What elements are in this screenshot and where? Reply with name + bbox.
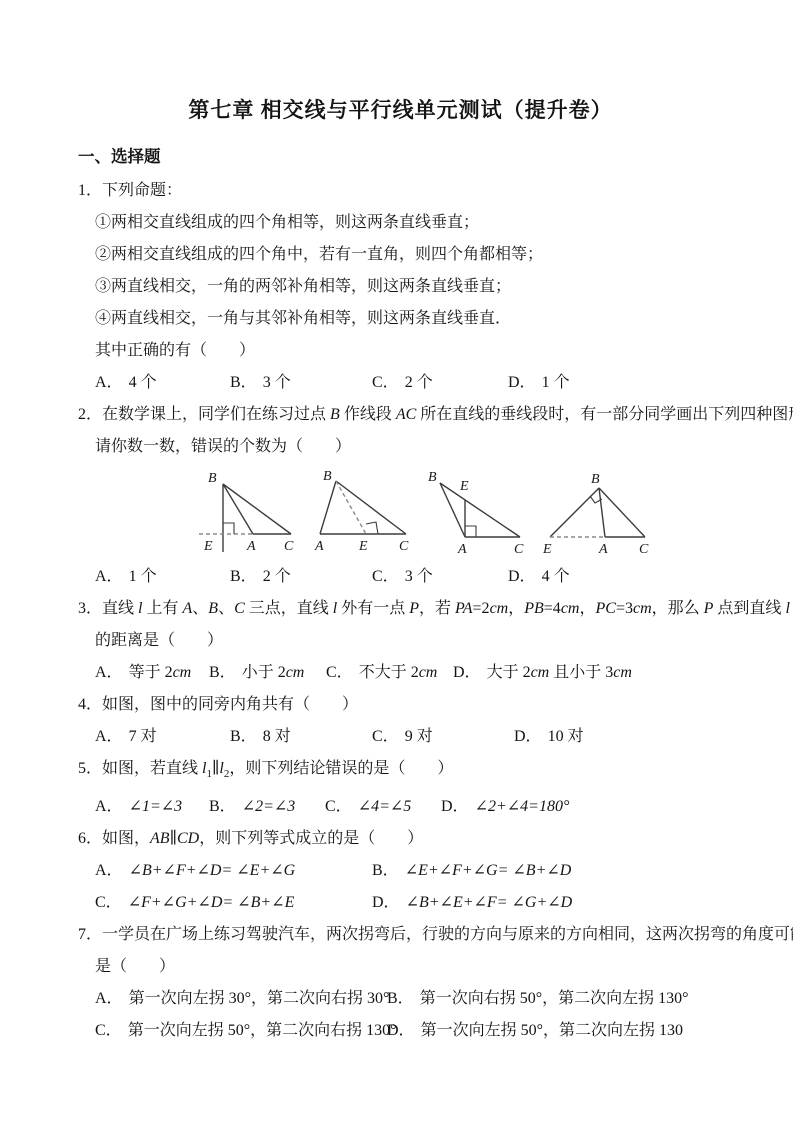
segment-BA: [223, 484, 253, 534]
option-b: B．∠E+∠F+∠G= ∠B+∠D: [372, 860, 571, 881]
point-label-E: E: [203, 539, 213, 554]
question-stem-text: 在数学课上，同学们在练习过点 B 作线段 AC 所在直线的垂线段时，有一部分同学…: [102, 404, 793, 425]
option-c: C．不大于 2cm: [326, 662, 453, 683]
page-title: 第七章 相交线与平行线单元测试（提升卷）: [78, 96, 723, 124]
question-3-stem-line2: 的距离是（ ）: [95, 630, 723, 651]
option-b: B．∠2=∠3: [209, 796, 325, 817]
option-a: A．∠B+∠F+∠D= ∠E+∠G: [95, 860, 372, 881]
question-2-figures: B E A C B A E C: [196, 468, 723, 556]
question-1: 1． 下列命题： ①两相交直线组成的四个角相等，则这两条直线垂直； ②两相交直线…: [78, 180, 723, 393]
section-heading: 一、选择题: [78, 146, 723, 167]
point-label-C: C: [514, 542, 524, 556]
question-2-options: A．1 个 B．2 个 C．3 个 D．4 个: [95, 566, 723, 587]
point-label-C: C: [284, 539, 294, 554]
question-7-options-row1: A．第一次向左拐 30°，第二次向右拐 30° B．第一次向右拐 50°，第二次…: [95, 988, 723, 1009]
option-d: D．1 个: [508, 372, 570, 393]
question-2-stem-line2: 请你数一数，错误的个数为（ ）: [95, 436, 723, 457]
option-c: C．第一次向左拐 50°，第二次向右拐 130°: [95, 1020, 387, 1041]
point-label-C: C: [399, 539, 409, 554]
point-label-B: B: [428, 470, 437, 485]
option-b: B．3 个: [230, 372, 372, 393]
point-label-B: B: [208, 471, 217, 486]
option-b: B．8 对: [230, 726, 372, 747]
point-label-E: E: [542, 542, 552, 556]
segment-EB: [550, 488, 599, 537]
question-stem-text: 如图，图中的同旁内角共有（ ）: [102, 694, 358, 715]
question-stem-text: 如图，若直线 l1∥l2，则下列结论错误的是（ ）: [102, 758, 453, 785]
option-c: C．2 个: [372, 372, 508, 393]
question-7-options-row2: C．第一次向左拐 50°，第二次向右拐 130° D．第一次向左拐 50°，第二…: [95, 1020, 723, 1041]
segment-BA: [599, 488, 605, 537]
question-7-stem-line2: 是（ ）: [95, 956, 723, 977]
option-c: C．∠4=∠5: [325, 796, 441, 817]
question-number: 3．: [78, 598, 102, 619]
option-a: A．4 个: [95, 372, 230, 393]
question-3: 3． 直线 l 上有 A、B、C 三点，直线 l 外有一点 P，若 PA=2cm…: [78, 598, 723, 683]
question-6-options-row2: C．∠F+∠G+∠D= ∠B+∠E D．∠B+∠E+∠F= ∠G+∠D: [95, 892, 723, 913]
triangle-figure-4-svg: B E A C: [542, 468, 654, 556]
question-number: 6．: [78, 828, 102, 849]
triangle-figure-3: B E A C: [428, 468, 528, 556]
triangle-figure-1: B E A C: [196, 468, 300, 556]
point-label-E: E: [459, 479, 469, 494]
option-c: C．∠F+∠G+∠D= ∠B+∠E: [95, 892, 372, 913]
triangle-figure-2: B A E C: [314, 468, 414, 556]
option-c: C．3 个: [372, 566, 508, 587]
question-stem-text: 如图，AB∥CD，则下列等式成立的是（ ）: [102, 828, 423, 849]
test-paper-page: 第七章 相交线与平行线单元测试（提升卷） 一、选择题 1． 下列命题： ①两相交…: [0, 0, 793, 1122]
option-d: D．∠2+∠4=180°: [441, 796, 569, 817]
question-4: 4． 如图，图中的同旁内角共有（ ） A．7 对 B．8 对 C．9 对 D．1…: [78, 694, 723, 747]
question-2: 2． 在数学课上，同学们在练习过点 B 作线段 AC 所在直线的垂线段时，有一部…: [78, 404, 723, 587]
segment-BC: [336, 481, 406, 534]
option-d: D．大于 2cm 且小于 3cm: [453, 662, 632, 683]
question-4-stem: 4． 如图，图中的同旁内角共有（ ）: [78, 694, 723, 715]
question-5-stem: 5． 如图，若直线 l1∥l2，则下列结论错误的是（ ）: [78, 758, 723, 785]
question-number: 2．: [78, 404, 102, 425]
question-6: 6． 如图，AB∥CD，则下列等式成立的是（ ） A．∠B+∠F+∠D= ∠E+…: [78, 828, 723, 913]
question-6-stem: 6． 如图，AB∥CD，则下列等式成立的是（ ）: [78, 828, 723, 849]
option-d: D．∠B+∠E+∠F= ∠G+∠D: [372, 892, 572, 913]
question-number: 4．: [78, 694, 102, 715]
proposition-item-1: ①两相交直线组成的四个角相等，则这两条直线垂直；: [95, 212, 723, 233]
question-3-options: A．等于 2cm B．小于 2cm C．不大于 2cm D．大于 2cm 且小于…: [95, 662, 723, 683]
point-label-A: A: [598, 542, 608, 556]
option-a: A．∠1=∠3: [95, 796, 209, 817]
point-label-A: A: [314, 539, 324, 554]
proposition-item-3: ③两直线相交，一角的两邻补角相等，则这两条直线垂直；: [95, 276, 723, 297]
segment-BC: [599, 488, 645, 537]
question-7: 7． 一学员在广场上练习驾驶汽车，两次拐弯后，行驶的方向与原来的方向相同，这两次…: [78, 924, 723, 1041]
proposition-item-2: ②两相交直线组成的四个角中，若有一直角，则四个角都相等；: [95, 244, 723, 265]
right-angle-mark: [223, 523, 234, 534]
dashed-BE: [336, 481, 366, 534]
question-5-options: A．∠1=∠3 B．∠2=∠3 C．∠4=∠5 D．∠2+∠4=180°: [95, 796, 723, 817]
question-1-options: A．4 个 B．3 个 C．2 个 D．1 个: [95, 372, 723, 393]
option-b: B．2 个: [230, 566, 372, 587]
option-a: A．1 个: [95, 566, 230, 587]
triangle-figure-3-svg: B E A C: [428, 468, 528, 556]
option-a: A．等于 2cm: [95, 662, 209, 683]
option-c: C．9 对: [372, 726, 514, 747]
option-d: D．10 对: [514, 726, 584, 747]
segment-BC: [223, 484, 291, 534]
question-stem-text: 一学员在广场上练习驾驶汽车，两次拐弯后，行驶的方向与原来的方向相同，这两次拐弯的…: [102, 924, 793, 945]
point-label-E: E: [358, 539, 368, 554]
option-a: A．第一次向左拐 30°，第二次向右拐 30°: [95, 988, 387, 1009]
question-4-options: A．7 对 B．8 对 C．9 对 D．10 对: [95, 726, 723, 747]
question-2-stem: 2． 在数学课上，同学们在练习过点 B 作线段 AC 所在直线的垂线段时，有一部…: [78, 404, 723, 425]
point-label-B: B: [323, 469, 332, 484]
option-a: A．7 对: [95, 726, 230, 747]
option-d: D．4 个: [508, 566, 570, 587]
triangle-figure-4: B E A C: [542, 468, 654, 556]
option-b: B．第一次向右拐 50°，第二次向左拐 130°: [387, 988, 689, 1009]
option-b: B．小于 2cm: [209, 662, 326, 683]
question-number: 5．: [78, 758, 102, 785]
segment-BA: [320, 481, 336, 534]
question-1-stem: 1． 下列命题：: [78, 180, 723, 201]
question-5: 5． 如图，若直线 l1∥l2，则下列结论错误的是（ ） A．∠1=∠3 B．∠…: [78, 758, 723, 817]
point-label-B: B: [591, 472, 600, 487]
triangle-figure-1-svg: B E A C: [196, 468, 300, 556]
question-1-closing: 其中正确的有（ ）: [95, 340, 723, 361]
triangle-figure-2-svg: B A E C: [314, 468, 414, 556]
point-label-A: A: [246, 539, 256, 554]
proposition-item-4: ④两直线相交，一角与其邻补角相等，则这两条直线垂直．: [95, 308, 723, 329]
right-angle-mark: [465, 526, 476, 537]
option-d: D．第一次向左拐 50°，第二次向左拐 130: [387, 1020, 683, 1041]
question-6-options-row1: A．∠B+∠F+∠D= ∠E+∠G B．∠E+∠F+∠G= ∠B+∠D: [95, 860, 723, 881]
point-label-C: C: [639, 542, 649, 556]
question-7-stem: 7． 一学员在广场上练习驾驶汽车，两次拐弯后，行驶的方向与原来的方向相同，这两次…: [78, 924, 723, 945]
question-number: 1．: [78, 180, 102, 201]
question-stem-text: 直线 l 上有 A、B、C 三点，直线 l 外有一点 P，若 PA=2cm，PB…: [102, 598, 790, 619]
right-angle-mark: [366, 522, 378, 534]
point-label-A: A: [457, 542, 467, 556]
question-3-stem: 3． 直线 l 上有 A、B、C 三点，直线 l 外有一点 P，若 PA=2cm…: [78, 598, 723, 619]
question-number: 7．: [78, 924, 102, 945]
question-stem-text: 下列命题：: [102, 180, 182, 201]
